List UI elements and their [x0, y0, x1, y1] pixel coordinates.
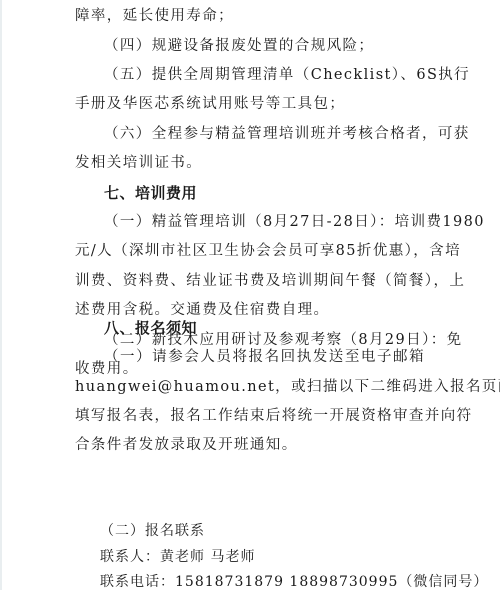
page-edge: [0, 0, 2, 590]
fee-item-1: （一）精益管理培训（8月27日-28日）：培训费1980: [104, 212, 425, 232]
registration-contact-title: （二）报名联系: [100, 521, 205, 541]
fee-item-1-cont: 述费用含税。交通费及住宿费自理。: [75, 300, 425, 320]
contact-person: 联系人：黄老师 马老师: [100, 547, 255, 567]
list-item-5-cont: 手册及华医芯系统试用账号等工具包；: [75, 94, 425, 114]
registration-item-1-cont: huangwei@huamou.net，或扫描以下二维码进入报名页面: [75, 377, 425, 397]
fee-item-1-cont: 训费、资料费、结业证书费及培训期间午餐（简餐），上: [75, 271, 425, 291]
list-item-4: （四）规避设备报废处置的合规风险；: [104, 36, 425, 56]
contact-phone: 联系电话：15818731879 18898730995（微信同号）: [100, 572, 488, 590]
paragraph-line: 障率，延长使用寿命；: [75, 6, 425, 26]
list-item-6: （六）全程参与精益管理培训班并考核合格者，可获: [104, 124, 425, 144]
registration-qr-code[interactable]: [208, 432, 286, 510]
section-heading-registration: 八、报名须知: [104, 318, 197, 338]
fee-item-1-cont: 元/人（深圳市社区卫生协会会员可享85折优惠），含培: [75, 241, 425, 261]
registration-item-1-cont: 填写报名表，报名工作结束后将统一开展资格审查并向符: [75, 406, 425, 426]
list-item-5: （五）提供全周期管理清单（Checklist）、6S执行: [104, 65, 425, 85]
list-item-6-cont: 发相关培训证书。: [75, 153, 425, 173]
registration-item-1: （一）请参会人员将报名回执发送至电子邮箱: [104, 347, 425, 367]
section-heading-fees: 七、培训费用: [104, 183, 197, 203]
